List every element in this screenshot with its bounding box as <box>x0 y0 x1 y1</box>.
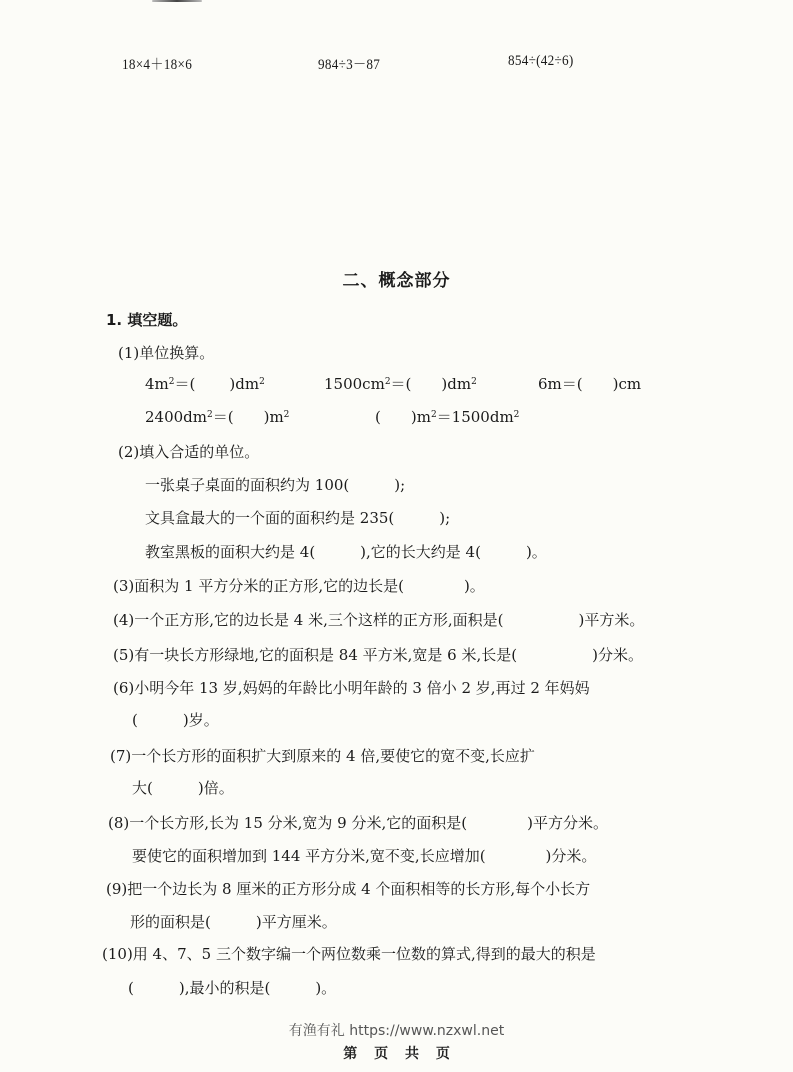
unit-conversion-item-1: 4m2＝()dm2 <box>145 374 265 394</box>
sub-question-7-line-1: (7)一个长方形的面积扩大到原来的 4 倍,要使它的宽不变,长应扩 <box>110 746 535 766</box>
item-text: 6m＝( <box>538 375 583 393</box>
superscript: 2 <box>514 410 520 420</box>
item-text: 4m <box>145 375 169 393</box>
page-label: 页 <box>436 1046 450 1062</box>
item-text: ＝( <box>391 375 412 393</box>
sub-question-4: (4)一个正方形,它的边长是 4 米,三个这样的正方形,面积是( )平方米。 <box>113 610 644 630</box>
item-text: ＝( <box>213 408 234 426</box>
worksheet-page: 18×4＋18×6 984÷3－87 854÷(42÷6) 二、概念部分 1. … <box>0 0 793 1072</box>
section-title: 二、概念部分 <box>0 266 793 291</box>
sub-question-8-line-2: 要使它的面积增加到 144 平方分米,宽不变,长应增加( )分米。 <box>132 846 596 866</box>
page-label: 共 <box>405 1046 419 1062</box>
footer-source-link[interactable]: 有渔有礼 https://www.nzxwl.net <box>0 1020 793 1040</box>
calc-expression-2: 984÷3－87 <box>318 53 380 74</box>
question-heading: 1. 填空题。 <box>106 309 187 330</box>
sub-question-9-line-2: 形的面积是( )平方厘米。 <box>130 912 337 932</box>
sub-question-2-line-3: 教室黑板的面积大约是 4( ),它的长大约是 4( )。 <box>145 542 547 562</box>
superscript: 2 <box>431 410 437 420</box>
superscript: 2 <box>284 410 290 420</box>
sub-question-10-line-1: (10)用 4、7、5 三个数字编一个两位数乘一位数的算式,得到的最大的积是 <box>102 944 596 964</box>
page-label: 页 <box>374 1046 388 1062</box>
sub-question-1-label: (1)单位换算。 <box>118 343 214 363</box>
page-label: 第 <box>343 1046 357 1062</box>
item-text: ＝( <box>175 375 196 393</box>
sub-question-3: (3)面积为 1 平方分米的正方形,它的边长是( )。 <box>113 576 485 596</box>
unit-conversion-item-5: ()m2＝1500dm2 <box>375 407 519 427</box>
sub-question-9-line-1: (9)把一个边长为 8 厘米的正方形分成 4 个面积相等的长方形,每个小长方 <box>106 879 590 899</box>
item-text: ( <box>375 408 381 426</box>
superscript: 2 <box>471 377 477 387</box>
superscript: 2 <box>169 377 175 387</box>
superscript: 2 <box>207 410 213 420</box>
sub-question-10-line-2: ( ),最小的积是( )。 <box>128 978 336 998</box>
item-text: ＝1500dm <box>437 408 514 426</box>
unit-conversion-item-4: 2400dm2＝()m2 <box>145 407 289 427</box>
sub-question-6-line-2: ( )岁。 <box>132 710 219 730</box>
item-text: )m <box>264 408 284 426</box>
item-text: )dm <box>441 375 471 393</box>
unit-conversion-item-2: 1500cm2＝()dm2 <box>324 374 477 394</box>
unit-conversion-item-3: 6m＝()cm <box>538 374 641 394</box>
sub-question-7-line-2: 大( )倍。 <box>132 778 234 798</box>
sub-question-2-line-2: 文具盒最大的一个面的面积约是 235( ); <box>145 508 450 528</box>
scan-artifact <box>152 0 202 2</box>
item-text: 1500cm <box>324 375 385 393</box>
item-text: )cm <box>613 375 641 393</box>
calc-expression-1: 18×4＋18×6 <box>122 53 192 74</box>
superscript: 2 <box>259 377 265 387</box>
item-text: )m <box>411 408 431 426</box>
sub-question-5: (5)有一块长方形绿地,它的面积是 84 平方米,宽是 6 米,长是( )分米。 <box>113 645 643 665</box>
sub-question-2-label: (2)填入合适的单位。 <box>118 442 259 462</box>
item-text: 2400dm <box>145 408 207 426</box>
calc-expression-3: 854÷(42÷6) <box>508 53 574 70</box>
sub-question-6-line-1: (6)小明今年 13 岁,妈妈的年龄比小明年龄的 3 倍小 2 岁,再过 2 年… <box>113 678 590 698</box>
superscript: 2 <box>385 377 391 387</box>
footer-page-number: 第 页 共 页 <box>0 1043 793 1063</box>
sub-question-2-line-1: 一张桌子桌面的面积约为 100( ); <box>145 475 405 495</box>
sub-question-8-line-1: (8)一个长方形,长为 15 分米,宽为 9 分米,它的面积是( )平方分米。 <box>108 813 608 833</box>
item-text: )dm <box>229 375 259 393</box>
